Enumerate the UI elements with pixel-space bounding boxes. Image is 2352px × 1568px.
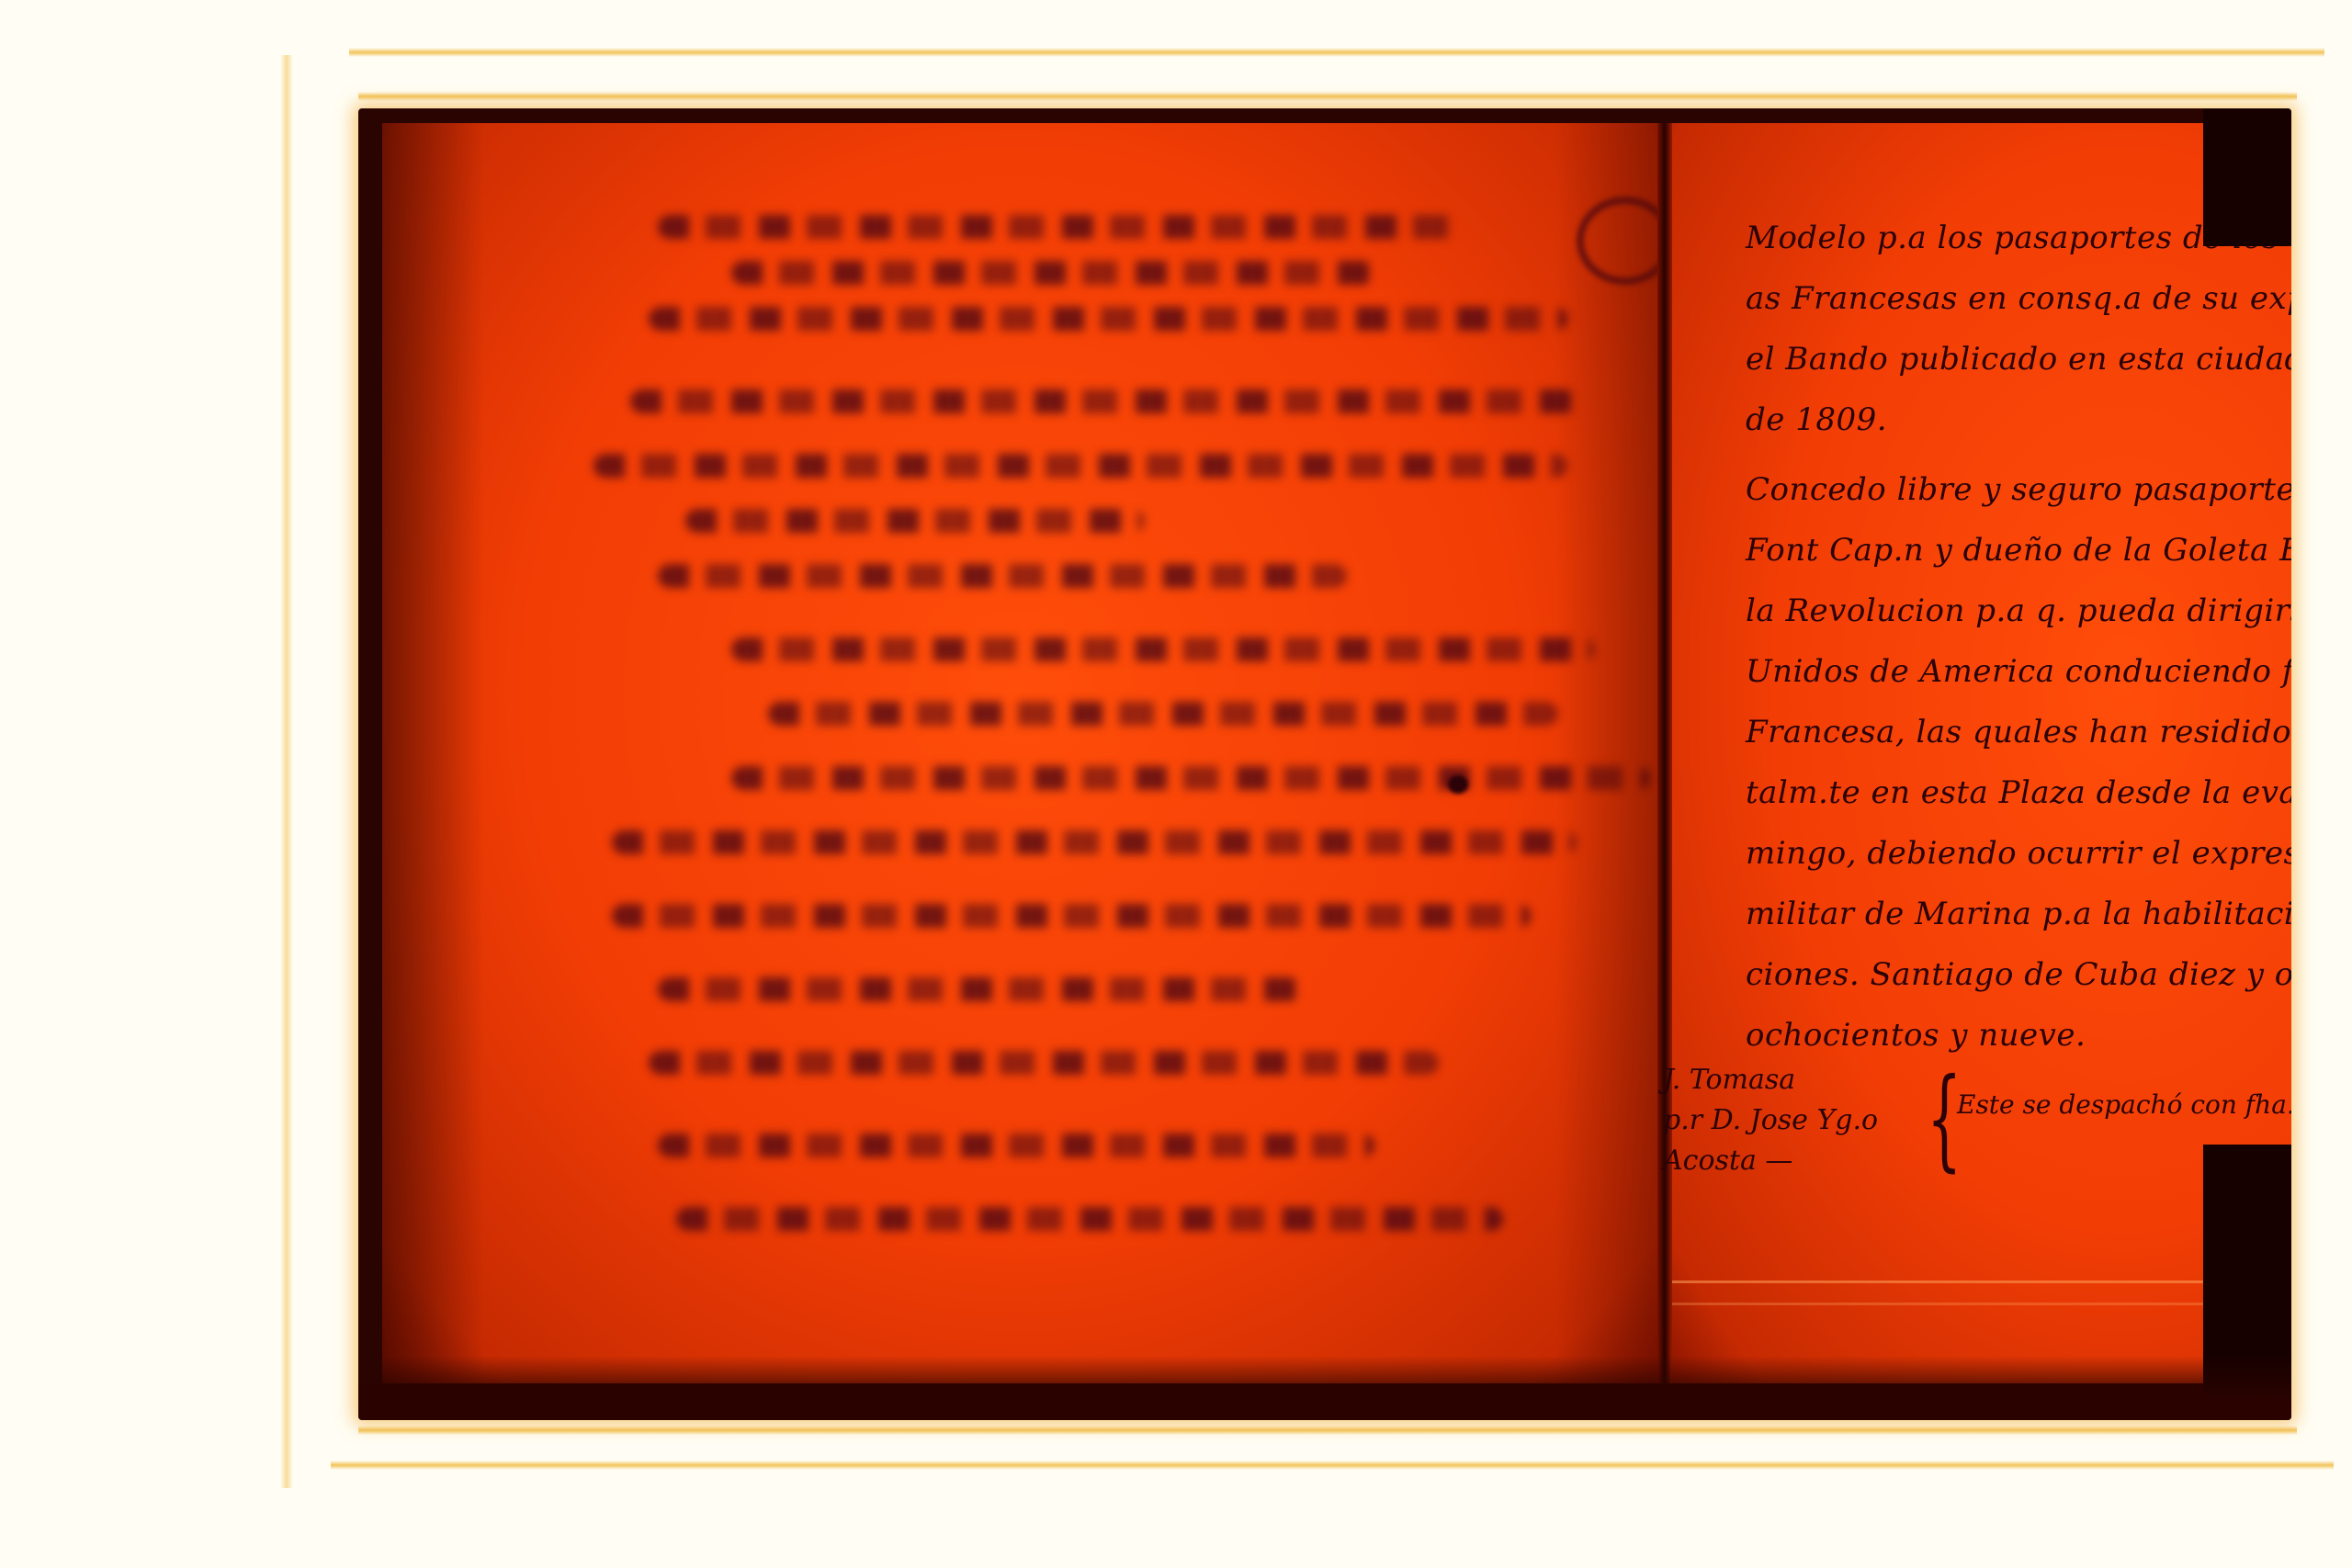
bleed-through-line <box>658 564 1347 588</box>
film-edge-line-bottom-outer <box>331 1461 2334 1470</box>
bleed-through-line <box>649 1051 1439 1075</box>
heading-line: el Bando publicado en esta ciudad el 14 … <box>1746 329 2291 389</box>
film-edge-line-top-inner <box>358 92 2297 101</box>
curly-brace-mark: { <box>1927 1065 1962 1175</box>
bleed-through-line <box>612 904 1531 928</box>
bleed-through-line <box>731 261 1374 285</box>
bleed-through-line <box>731 637 1595 661</box>
body-line: Concedo libre y seguro pasaporte a D.n A… <box>1746 459 2291 520</box>
body-line: militar de Marina p.a la habilitacion de… <box>1746 884 2291 944</box>
film-scratch <box>1672 1303 2291 1305</box>
body-line: ochocientos y nueve. <box>1746 1005 2291 1066</box>
bleed-through-line <box>658 1134 1374 1157</box>
heading-line: de 1809. <box>1746 389 2291 450</box>
bleed-through-line <box>768 702 1558 726</box>
bleed-through-line <box>612 830 1577 854</box>
bleed-through-line <box>658 977 1301 1001</box>
microfilm-frame: Modelo p.a los pasaportes de los q. cond… <box>358 108 2291 1420</box>
ink-blot <box>1448 775 1468 794</box>
bleed-through-line <box>658 215 1466 239</box>
passport-text: Concedo libre y seguro pasaporte a D.n A… <box>1746 459 2291 1066</box>
bleed-through-line <box>649 307 1567 331</box>
marginal-note: Este se despachó con fha. de 12 del mism… <box>1957 1089 2291 1120</box>
film-edge-line-top-outer <box>349 48 2324 57</box>
left-page <box>382 123 1657 1383</box>
heading-line: as Francesas en consq.a de su expulsion … <box>1746 268 2291 329</box>
body-line: Font Cap.n y dueño de la Goleta Española… <box>1746 520 2291 581</box>
signature-line: J. Tomasa <box>1663 1060 1902 1100</box>
signature-line: Acosta — <box>1663 1141 1902 1181</box>
body-line: ciones. Santiago de Cuba diez y ocho de … <box>1746 944 2291 1005</box>
body-line: la Revolucion p.a q. pueda dirigirse a l… <box>1746 581 2291 641</box>
signature-line: p.r D. Jose Yg.o <box>1663 1100 1902 1141</box>
film-edge-line-bottom-inner <box>358 1426 2297 1435</box>
body-line: talm.te en esta Plaza desde la evacuacio… <box>1746 762 2291 823</box>
right-page: Modelo p.a los pasaportes de los q. cond… <box>1672 123 2291 1383</box>
signature-block: J. Tomasa p.r D. Jose Yg.o Acosta — <box>1663 1060 1902 1181</box>
body-line: Francesa, las quales han residido ampara… <box>1746 702 2291 762</box>
bleed-through-line <box>685 509 1145 533</box>
film-dark-corner-top <box>2203 108 2291 246</box>
film-bottom-shadow <box>358 1356 2291 1420</box>
film-scratch <box>1672 1280 2291 1283</box>
page-gutter <box>1657 123 1672 1383</box>
body-line: Unidos de America conduciendo familias d… <box>1746 641 2291 702</box>
bleed-through-line <box>594 454 1567 478</box>
film-edge-line-left <box>280 55 293 1488</box>
bleed-through-line <box>731 766 1650 790</box>
bleed-through-line <box>676 1207 1503 1231</box>
body-line: mingo, debiendo ocurrir el expresado Cap… <box>1746 823 2291 884</box>
bleed-through-line <box>630 389 1577 413</box>
